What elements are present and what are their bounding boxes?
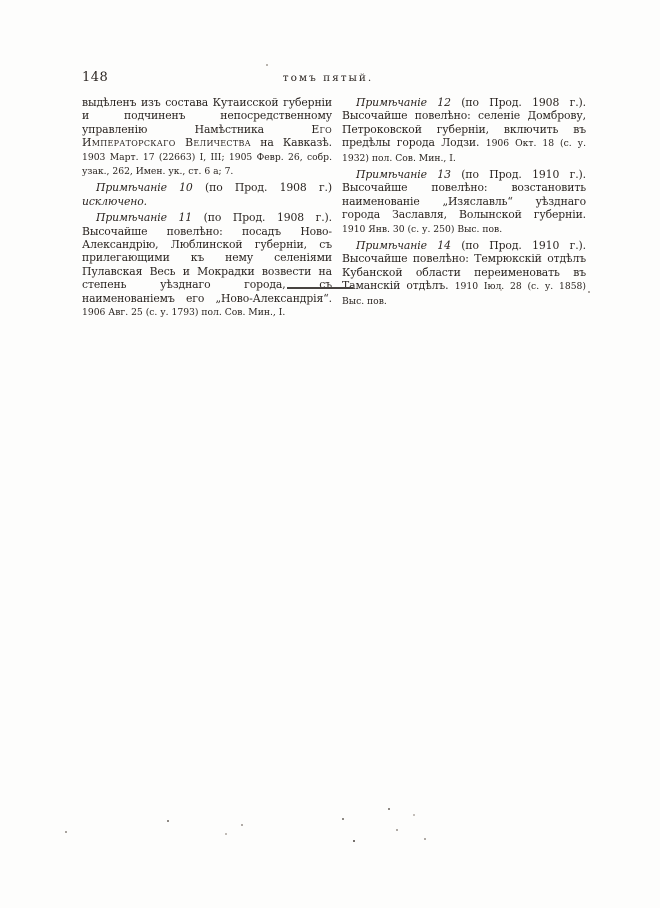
note-12: Примѣчаніе 12 (по Прод. 1908 г.). Высоча… (342, 96, 586, 165)
page-number: 148 (82, 70, 108, 85)
legal-citation: 1903 Март. 17 (22663) I, III; 1905 Февр.… (82, 152, 332, 177)
note-13: Примѣчаніе 13 (по Прод. 1910 г.). Высоча… (342, 168, 586, 236)
section-end-rule (287, 287, 353, 289)
note-11-label: Примѣчаніе 11 (96, 211, 192, 224)
note-10-ending: исключено. (82, 195, 147, 208)
left-column: выдѣленъ изъ состава Кутаисской губерніи… (82, 96, 332, 320)
note-13-label: Примѣчаніе 13 (356, 168, 451, 181)
intro-text-after: на Кавказѣ. (251, 136, 332, 149)
note-12-label: Примѣчаніе 12 (356, 96, 451, 109)
legal-citation: 1906 Авг. 25 (с. у. 1793) пол. Сов. Мин.… (82, 307, 285, 318)
continuation-paragraph: выдѣленъ изъ состава Кутаисской губерніи… (82, 96, 332, 178)
note-10-middle: (по Прод. 1908 г.) (193, 181, 332, 194)
legal-citation: 1910 Янв. 30 (с. у. 250) Выс. пов. (342, 224, 502, 235)
note-11-body: (по Прод. 1908 г.). Высочайше повелѣно: … (82, 211, 332, 304)
text-columns: выдѣленъ изъ состава Кутаисской губерніи… (82, 96, 586, 320)
running-title: томъ пятый. (82, 70, 574, 84)
intro-text-before: выдѣленъ изъ состава Кутаисской губерніи… (82, 96, 332, 136)
note-10: Примѣчаніе 10 (по Прод. 1908 г.) исключе… (82, 181, 332, 208)
note-11: Примѣчаніе 11 (по Прод. 1908 г.). Высоча… (82, 211, 332, 319)
note-14-label: Примѣчаніе 14 (356, 239, 451, 252)
scan-noise (0, 0, 2, 2)
page-header: 148 томъ пятый. (82, 70, 574, 86)
note-14: Примѣчаніе 14 (по Прод. 1910 г.). Высоча… (342, 239, 586, 308)
right-column: Примѣчаніе 12 (по Прод. 1908 г.). Высоча… (342, 96, 586, 308)
note-10-label: Примѣчаніе 10 (96, 181, 193, 194)
scanned-book-page: 148 томъ пятый. выдѣленъ изъ состава Кут… (0, 0, 660, 908)
